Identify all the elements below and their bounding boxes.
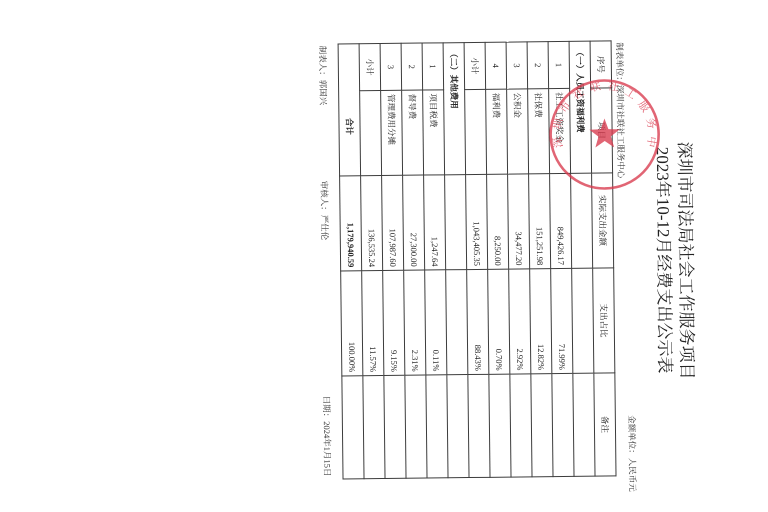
cell-no: 3 <box>380 43 402 90</box>
cell-ratio <box>446 270 468 375</box>
cell-item: 管理费用分摊 <box>381 90 403 175</box>
cell-item: 福利费 <box>486 89 508 174</box>
cell-note <box>342 376 364 479</box>
header-ratio: 支出占比 <box>593 268 615 373</box>
cell-note <box>552 373 574 476</box>
cell-amount: 1,043,405.35 <box>466 174 488 269</box>
cell-note <box>531 374 553 477</box>
cell-note <box>426 375 448 478</box>
official-seal-stamp: 深圳市社联社工服务中心 <box>546 76 663 193</box>
document-title: 深圳市司法局社会工作服务项目 <box>674 141 697 379</box>
document-sheet: 深圳市司法局社会工作服务项目 2023年10-12月经费支出公示表 金额单位：人… <box>0 0 768 512</box>
cell-subtotal-label: 小计 <box>359 44 381 91</box>
cell-no: 4 <box>485 42 507 89</box>
document-date: 日期：2024年1月15日 <box>322 396 333 477</box>
reviewed-by: 审核人：严仕伦 <box>319 181 330 241</box>
cell-note <box>363 376 385 479</box>
cell-note <box>510 374 532 477</box>
cell-item: 督导费 <box>402 90 424 175</box>
total-label: 合计 <box>338 44 360 176</box>
cell-ratio: 2.92% <box>509 269 531 374</box>
cell-amount: 27,300.00 <box>403 175 425 270</box>
cell-no: 1 <box>422 43 444 90</box>
header-note: 备注 <box>594 373 616 476</box>
cell-note <box>447 375 469 478</box>
cell-amount: 107,987.60 <box>382 175 404 270</box>
cell-item <box>360 91 382 176</box>
cell-ratio: 9.15% <box>383 270 405 375</box>
cell-item: 公积金 <box>507 89 529 174</box>
cell-amount: 1,247.64 <box>424 175 446 270</box>
cell-note <box>489 374 511 477</box>
cell-amount: 34,477.20 <box>508 174 530 269</box>
section-label: （二）其他费用 <box>443 43 465 175</box>
currency-unit-label: 金额单位：人民币元 <box>627 415 638 492</box>
prepared-by: 制表人：郭国兴 <box>318 46 329 106</box>
cell-ratio: 0.70% <box>488 269 510 374</box>
cell-item <box>465 89 487 174</box>
cell-ratio <box>572 268 594 373</box>
cell-amount: 136,535.24 <box>361 176 383 271</box>
cell-ratio: 2.31% <box>404 270 426 375</box>
cell-ratio: 11.57% <box>362 271 384 376</box>
cell-ratio: 88.43% <box>467 269 489 374</box>
cell-note <box>405 375 427 478</box>
cell-note <box>384 375 406 478</box>
cell-ratio: 0.11% <box>425 270 447 375</box>
cell-ratio: 12.82% <box>530 269 552 374</box>
cell-note <box>573 373 595 476</box>
cell-note <box>468 374 490 477</box>
cell-amount <box>445 175 467 270</box>
cell-total-amount: 1,179,940.59 <box>340 176 362 271</box>
cell-item: 项目税费 <box>423 90 445 175</box>
cell-no: 2 <box>401 43 423 90</box>
scanned-page: 深圳市司法局社会工作服务项目 2023年10-12月经费支出公示表 金额单位：人… <box>0 0 768 512</box>
cell-amount: 8,250.00 <box>487 174 509 269</box>
star-icon <box>589 118 620 147</box>
cell-no: 3 <box>506 42 528 89</box>
cell-subtotal-label: 小计 <box>464 42 486 89</box>
cell-ratio: 71.99% <box>551 268 573 373</box>
cell-total-ratio: 100.00% <box>341 271 363 376</box>
